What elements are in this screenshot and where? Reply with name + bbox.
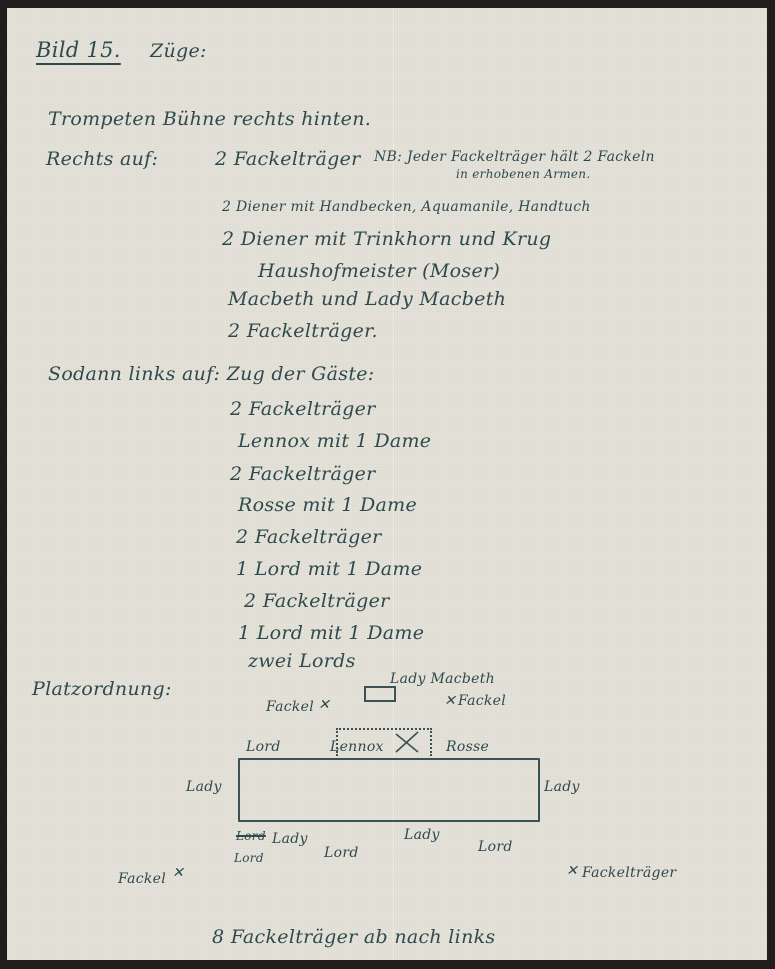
seat-left-lady: Lady bbox=[186, 780, 222, 794]
line-torchbearers-2: 2 Fackelträger. bbox=[228, 322, 378, 341]
seat-top-lord: Lord bbox=[246, 740, 281, 754]
torch-right-bottom: Fackelträger bbox=[582, 866, 676, 880]
line-guest-torch-4: 2 Fackelträger bbox=[244, 592, 390, 611]
seat-bottom-lady-1: Lady bbox=[272, 832, 308, 846]
line-guest-torch-2: 2 Fackelträger bbox=[230, 465, 376, 484]
torch-cross-icon: ✕ bbox=[318, 698, 330, 712]
line-rosse: Rosse mit 1 Dame bbox=[238, 496, 417, 515]
torch-left-top: Fackel bbox=[266, 700, 314, 714]
line-guest-torch-1: 2 Fackelträger bbox=[230, 400, 376, 419]
line-two-lords: zwei Lords bbox=[248, 652, 356, 671]
section-heading: Züge: bbox=[150, 42, 207, 61]
line-lord-2: 1 Lord mit 1 Dame bbox=[238, 624, 424, 643]
seat-top-rosse: Rosse bbox=[446, 740, 489, 754]
seat-bottom-lord-1: Lord bbox=[234, 852, 264, 864]
note-nb: NB: Jeder Fackelträger hält 2 Fackeln bbox=[374, 150, 655, 164]
line-left-enter: Sodann links auf: Zug der Gäste: bbox=[48, 365, 375, 384]
line-servants-horn: 2 Diener mit Trinkhorn und Krug bbox=[222, 230, 551, 249]
seat-right-lady: Lady bbox=[544, 780, 580, 794]
line-macbeth: Macbeth und Lady Macbeth bbox=[228, 290, 506, 309]
line-lennox: Lennox mit 1 Dame bbox=[238, 432, 431, 451]
seating-label: Platzordnung: bbox=[32, 680, 172, 699]
torch-cross-icon: ✕ bbox=[566, 864, 578, 878]
torch-cross-icon: ✕ bbox=[172, 866, 184, 880]
line-guest-torch-3: 2 Fackelträger bbox=[236, 528, 382, 547]
throne-icon bbox=[364, 686, 396, 702]
seat-bottom-lady-2: Lady bbox=[404, 828, 440, 842]
torch-right-top: Fackel bbox=[458, 694, 506, 708]
torch-left-bottom: Fackel bbox=[118, 872, 166, 886]
banquet-table bbox=[238, 758, 540, 822]
empty-seat-cross-icon bbox=[392, 730, 422, 754]
line-trumpets: Trompeten Bühne rechts hinten. bbox=[48, 110, 371, 129]
scene-title: Bild 15. bbox=[36, 40, 121, 61]
note-nb-cont: in erhobenen Armen. bbox=[456, 168, 590, 180]
torch-cross-icon: ✕ bbox=[444, 694, 456, 708]
line-torchbearers-1: 2 Fackelträger bbox=[215, 150, 361, 169]
seat-bottom-lord-3: Lord bbox=[478, 840, 513, 854]
line-servants-basin: 2 Diener mit Handbecken, Aquamanile, Han… bbox=[222, 200, 591, 214]
footer-line: 8 Fackelträger ab nach links bbox=[212, 928, 495, 947]
line-lord-1: 1 Lord mit 1 Dame bbox=[236, 560, 422, 579]
throne-label: Lady Macbeth bbox=[390, 672, 495, 686]
seat-top-lennox: Lennox bbox=[330, 740, 384, 754]
line-steward: Haushofmeister (Moser) bbox=[258, 262, 500, 281]
seat-bottom-struck: Lord bbox=[236, 830, 266, 842]
seat-bottom-lord-2: Lord bbox=[324, 846, 359, 860]
line-right-enter: Rechts auf: bbox=[46, 150, 158, 169]
